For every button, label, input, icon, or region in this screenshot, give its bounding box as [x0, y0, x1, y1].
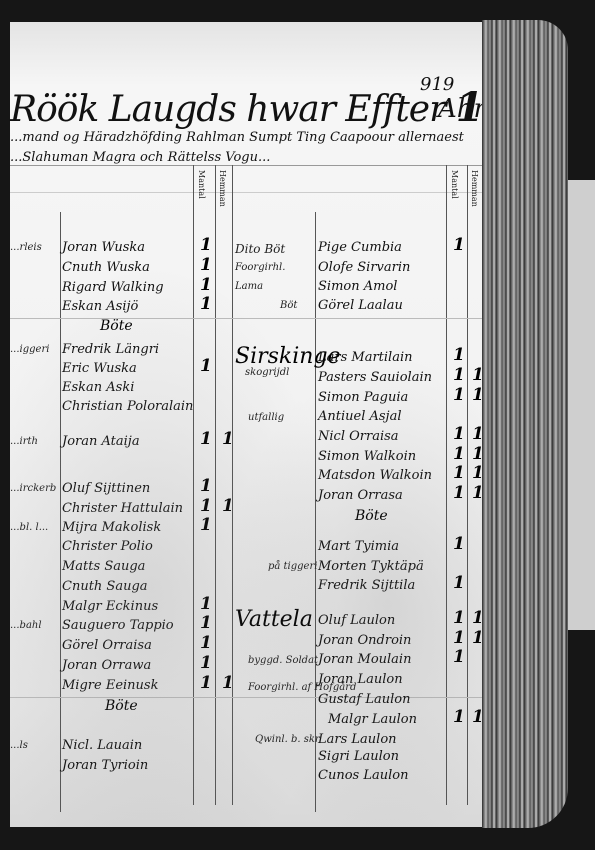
left-entry-name: Eric Wuska	[62, 361, 137, 376]
right-entry-name: Morten Tyktäpä	[318, 559, 424, 574]
left-entry-tally: 1	[200, 594, 212, 614]
left-entry-tally: 1	[200, 275, 212, 295]
column-head-rule	[10, 192, 482, 193]
right-margin-note: skogrijdl	[245, 367, 289, 378]
right-entry-tally: 1	[453, 345, 465, 365]
left-margin-note: ...irth	[10, 436, 38, 447]
header-rule	[10, 165, 482, 166]
left-entry-tally: 1	[200, 515, 212, 535]
left-entry-tally: 1	[200, 476, 212, 496]
right-entry-tally: 1	[453, 463, 465, 483]
right-entry-name: Pige Cumbia	[318, 240, 402, 255]
left-entry-name: Christer Polio	[62, 539, 153, 554]
right-entry-name: Simon Amol	[318, 279, 397, 294]
right-entry-tally: 1	[453, 707, 465, 727]
right-entry-tally: 1	[453, 573, 465, 593]
right-entry-name: Nicl Orraisa	[318, 429, 399, 444]
right-entry-tally: 1	[453, 444, 465, 464]
margin-rule-right	[315, 212, 316, 812]
left-entry-name: Malgr Eckinus	[62, 599, 158, 614]
tally-rule-right-1	[446, 165, 447, 805]
place-heading: Sirskinge	[235, 344, 341, 369]
left-entry-name: Eskan Aski	[62, 380, 134, 395]
right-entry-tally: 1	[453, 647, 465, 667]
right-margin-note: Qwinl. b. skr	[255, 734, 320, 745]
left-entry-name: Sauguero Tappio	[62, 618, 174, 633]
tally-rule-left-3	[232, 165, 233, 805]
left-entry-name: Cnuth Wuska	[62, 260, 150, 275]
left-entry-tally: 1	[200, 356, 212, 376]
right-margin-note: utfallig	[248, 412, 284, 423]
left-entry-tally: 1	[222, 673, 234, 693]
left-entry-name: Migre Eeinusk	[62, 678, 158, 693]
left-entry-tally: 1	[222, 496, 234, 516]
left-entry-name: Joran Orrawa	[62, 658, 151, 673]
right-entry-name: Oluf Laulon	[318, 613, 395, 628]
margin-rule-left	[60, 212, 61, 812]
left-entry-name: Oluf Sijttinen	[62, 481, 150, 496]
col-head-left-1: Mantal	[197, 170, 206, 199]
right-entry-tally: 1	[453, 365, 465, 385]
left-entry-name: Matts Sauga	[62, 559, 145, 574]
book-page-edges	[482, 20, 568, 828]
left-entry-name: Christian Poloralain	[62, 399, 193, 414]
right-entry-name: Joran Moulain	[318, 652, 411, 667]
left-entry-tally: 1	[200, 613, 212, 633]
right-entry-tally: 1	[453, 235, 465, 255]
col-head-right-1: Mantal	[450, 170, 459, 199]
right-entry-name: Mart Tyimia	[318, 539, 399, 554]
right-margin-note: Foorgirhl. af Hofgård	[248, 682, 356, 693]
left-margin-note: ...irckerb	[10, 483, 56, 494]
left-section-bote: Böte	[100, 318, 133, 334]
right-entry-name: Joran Ondroin	[318, 633, 411, 648]
left-margin-note: ...bahl	[10, 620, 42, 631]
right-margin-note: Dito Böt	[235, 242, 285, 256]
col-head-left-2: Hemman	[218, 170, 227, 207]
right-entry-name: Matsdon Walkoin	[318, 468, 432, 483]
left-entry-tally: 1	[200, 255, 212, 275]
right-margin-note: Böt	[280, 300, 297, 311]
right-entry-name: Simon Walkoin	[318, 449, 416, 464]
left-entry-name: Joran Ataija	[62, 434, 140, 449]
right-entry-name: Malgr Laulon	[328, 712, 417, 727]
left-entry-name: Cnuth Sauga	[62, 579, 148, 594]
right-entry-name: Görel Laalau	[318, 298, 403, 313]
background-surface	[565, 180, 595, 630]
left-entry-name: Eskan Asijö	[62, 299, 138, 314]
left-margin-note: ...iggeri	[10, 344, 49, 355]
left-entry-name: Joran Wuska	[62, 240, 145, 255]
right-entry-tally: 1	[453, 385, 465, 405]
right-section-bote: Böte	[355, 508, 388, 524]
left-entry-tally: 1	[200, 653, 212, 673]
folio-number: 919	[420, 74, 454, 95]
right-entry-tally: 1	[453, 608, 465, 628]
left-entry-tally: 1	[200, 235, 212, 255]
left-margin-note: ...rleis	[10, 242, 42, 253]
tally-rule-left-1	[193, 165, 194, 805]
right-entry-name: Gustaf Laulon	[318, 692, 410, 707]
right-entry-name: Sigri Laulon	[318, 749, 399, 764]
right-entry-tally: 1	[453, 628, 465, 648]
right-entry-name: Lars Martilain	[318, 350, 413, 365]
left-entry-name: Joran Tyrioin	[62, 758, 148, 773]
left-entry-tally: 1	[200, 294, 212, 314]
tally-rule-left-2	[215, 165, 216, 805]
place-heading: Vattela	[235, 607, 313, 632]
left-entry-name: Görel Orraisa	[62, 638, 152, 653]
left-entry-name: Nicl. Lauain	[62, 738, 142, 753]
left-margin-note: ...bl. l...	[10, 522, 48, 533]
left-entry-name: Fredrik Längri	[62, 342, 159, 357]
tally-rule-right-2	[467, 165, 468, 805]
right-entry-name: Antiuel Asjal	[318, 409, 402, 424]
right-entry-name: Fredrik Sijttila	[318, 578, 415, 593]
page-title: Röök Laugds hwar Effter 1696	[10, 84, 563, 131]
subtitle-line-2: ...Slahuman Magra och Rättelss Vogu...	[10, 150, 270, 165]
right-entry-name: Pasters Sauiolain	[318, 370, 432, 385]
left-entry-tally: 1	[200, 496, 212, 516]
right-entry-tally: 1	[453, 424, 465, 444]
right-entry-name: Cunos Laulon	[318, 768, 408, 783]
right-entry-name: Olofe Sirvarin	[318, 260, 410, 275]
left-entry-name: Rigard Walking	[62, 280, 164, 295]
left-entry-name: Mijra Makolisk	[62, 520, 161, 535]
row-rule	[10, 697, 482, 698]
right-margin-note: på tiggeri	[268, 561, 317, 572]
left-section-bote: Böte	[105, 698, 138, 714]
right-entry-name: Joran Laulon	[318, 672, 403, 687]
row-rule	[10, 318, 482, 319]
left-entry-name: Christer Hattulain	[62, 501, 183, 516]
left-entry-tally: 1	[200, 673, 212, 693]
left-entry-tally: 1	[222, 429, 234, 449]
right-margin-note: Lama	[235, 281, 263, 292]
right-entry-tally: 1	[453, 534, 465, 554]
right-entry-name: Lars Laulon	[318, 732, 397, 747]
right-entry-name: Joran Orrasa	[318, 488, 403, 503]
right-entry-name: Simon Paguia	[318, 390, 408, 405]
left-entry-tally: 1	[200, 633, 212, 653]
subtitle-line-1: ...mand og Häradzhöfding Rahlman Sumpt T…	[10, 130, 464, 145]
title-main: Röök Laugds hwar Effter	[10, 89, 445, 130]
right-margin-note: byggd. Soldat	[248, 655, 318, 666]
col-head-right-2: Hemman	[470, 170, 479, 207]
left-entry-tally: 1	[200, 429, 212, 449]
right-entry-tally: 1	[453, 483, 465, 503]
manuscript-page: Röök Laugds hwar Effter 1696 919 Ahrs ..…	[10, 22, 482, 827]
left-margin-note: ...ls	[10, 740, 28, 751]
right-margin-note: Foorgirhl.	[235, 262, 285, 273]
